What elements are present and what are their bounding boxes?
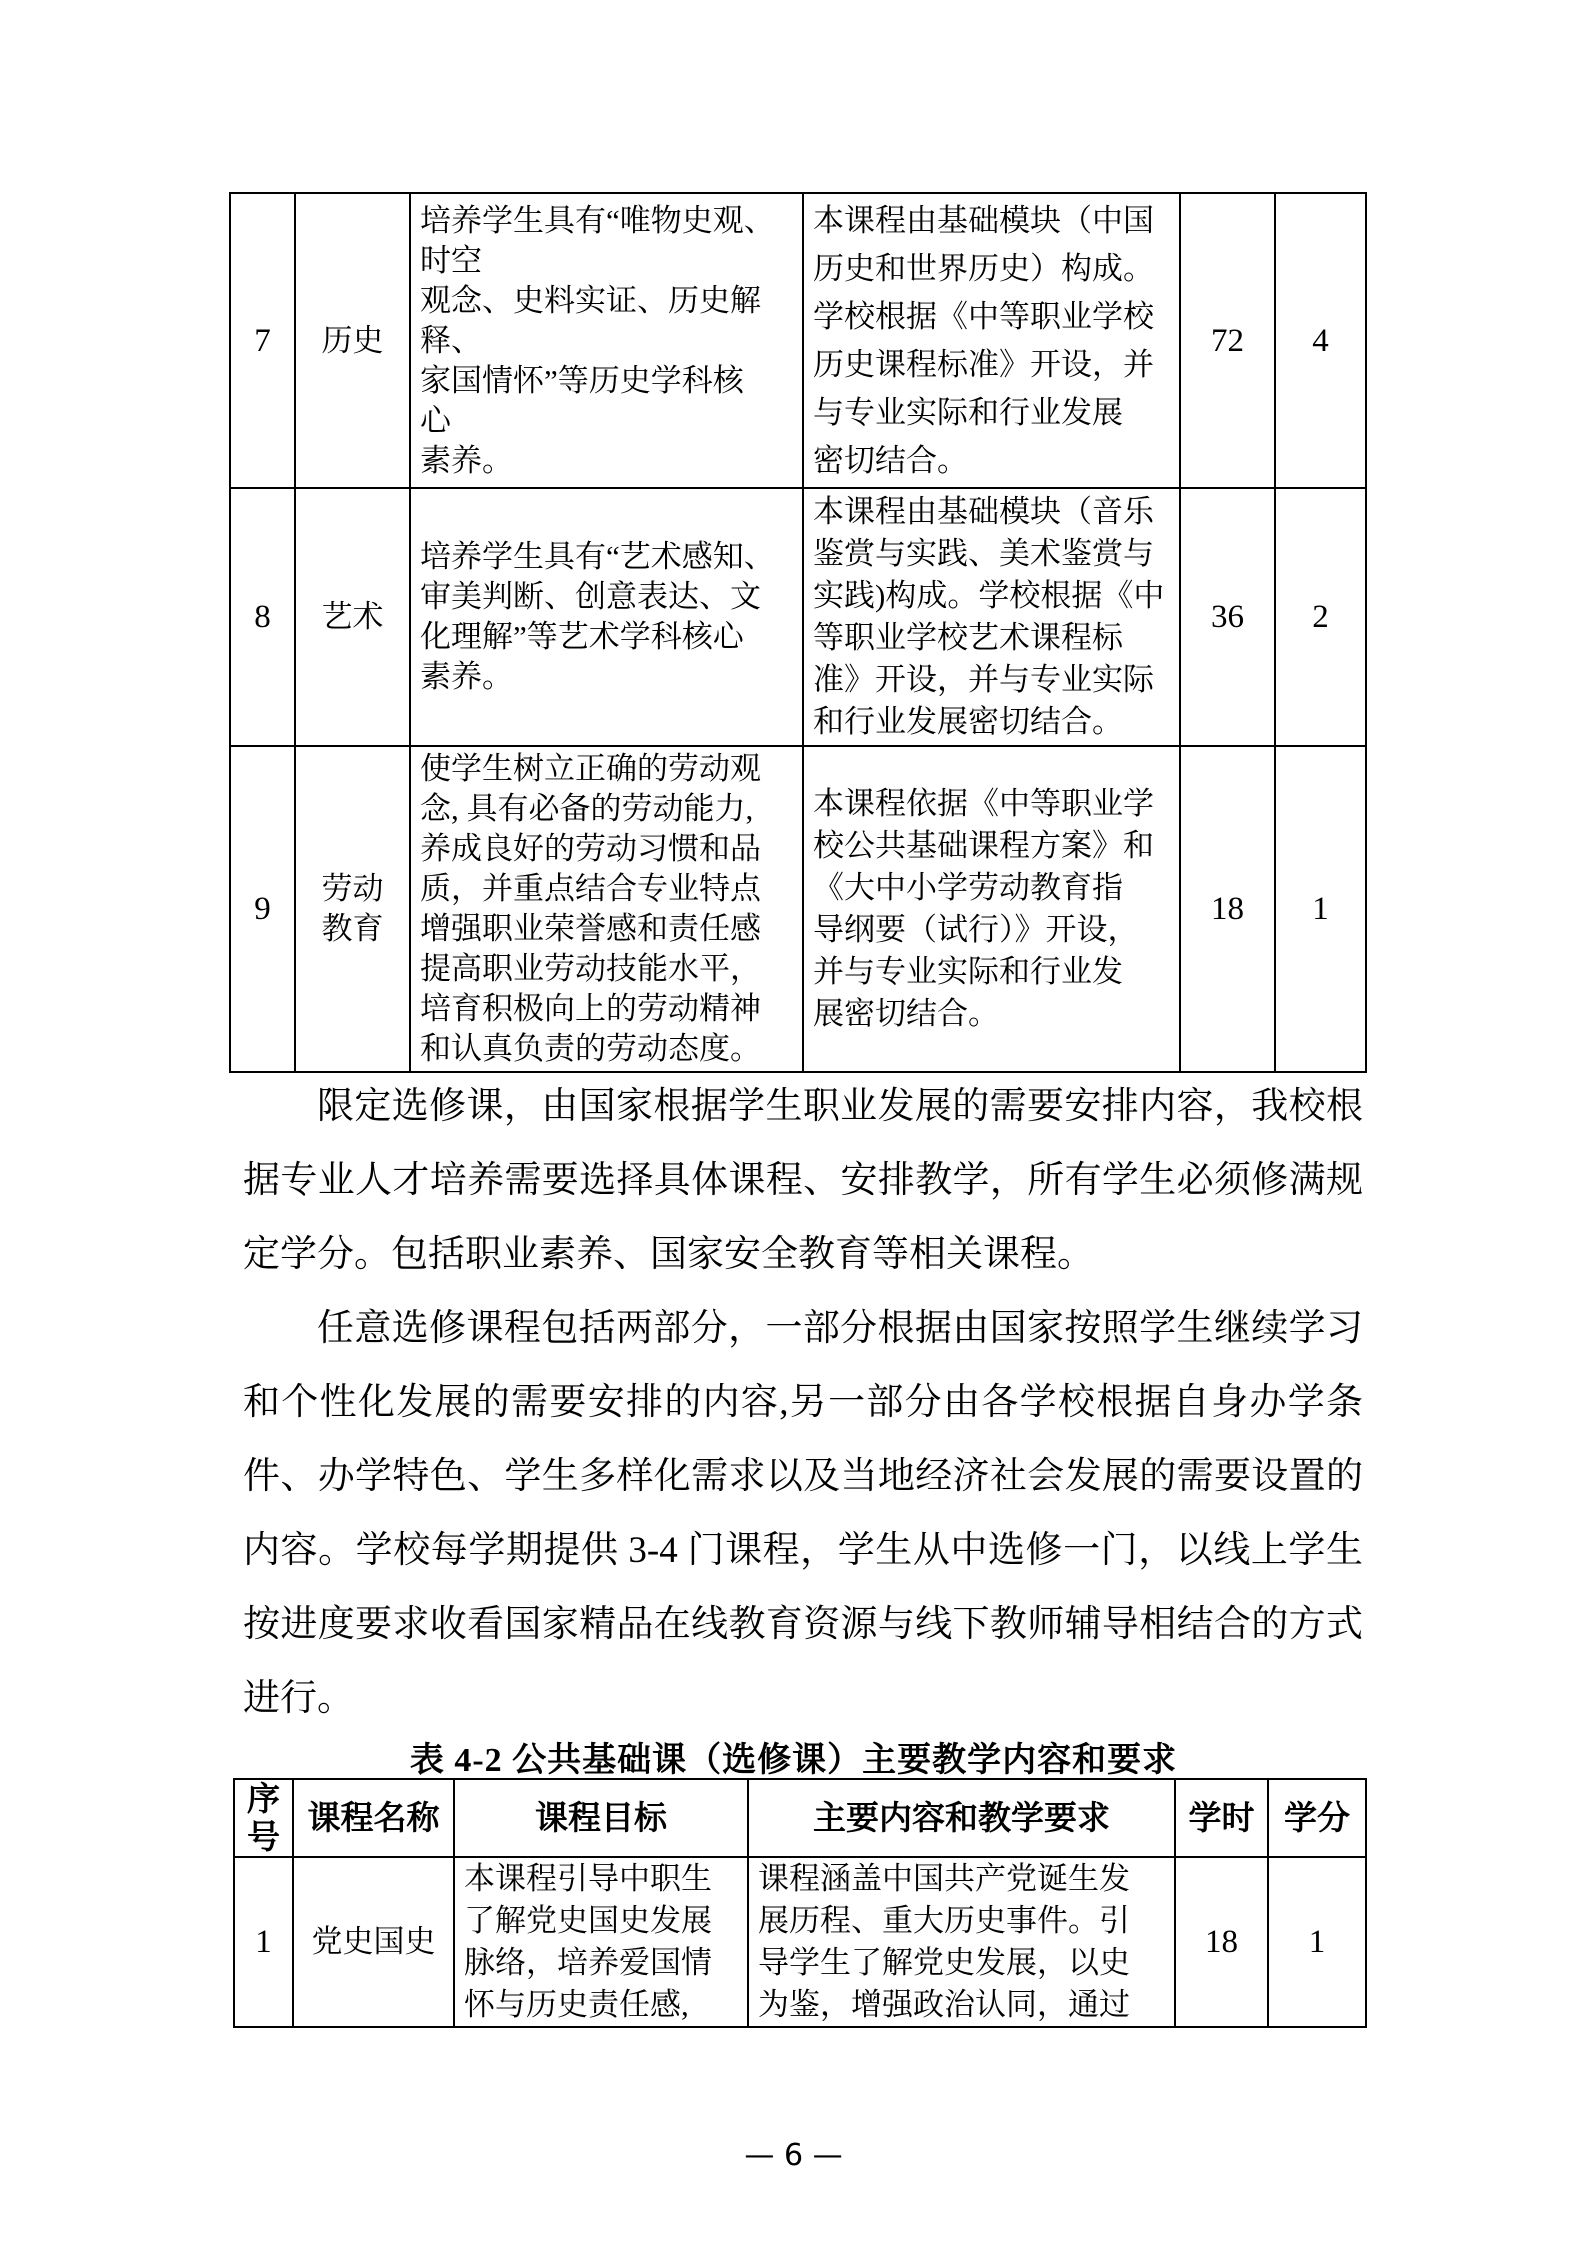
table-row-party-history: 1 党史国史 本课程引导中职生 了解党史国史发展 脉络，培养爱国情 怀与历史责任… <box>234 1857 1366 2027</box>
cell-course-name: 历史 <box>295 193 410 488</box>
cell-course-content: 课程涵盖中国共产党诞生发 展历程、重大历史事件。引 导学生了解党史发展，以史 为… <box>748 1857 1175 2027</box>
table-caption: 表 4-2 公共基础课（选修课）主要教学内容和要求 <box>0 1732 1587 1781</box>
table-row-labor-education: 9 劳动 教育 使学生树立正确的劳动观 念, 具有必备的劳动能力, 养成良好的劳… <box>230 746 1366 1072</box>
cell-serial: 7 <box>230 193 295 488</box>
cell-course-goal: 培养学生具有“艺术感知、 审美判断、创意表达、文 化理解”等艺术学科核心 素养。 <box>410 488 803 746</box>
cell-hours: 18 <box>1175 1857 1268 2027</box>
table-header-row: 序 号 课程名称 课程目标 主要内容和教学要求 学时 学分 <box>234 1779 1366 1857</box>
public-basic-course-table-continued: 7 历史 培养学生具有“唯物史观、 时空 观念、史料实证、历史解 释、 家国情怀… <box>229 192 1367 1073</box>
cell-hours: 72 <box>1180 193 1275 488</box>
table-row-art: 8 艺术 培养学生具有“艺术感知、 审美判断、创意表达、文 化理解”等艺术学科核… <box>230 488 1366 746</box>
cell-credits: 4 <box>1275 193 1366 488</box>
cell-course-name: 艺术 <box>295 488 410 746</box>
cell-credits: 1 <box>1275 746 1366 1072</box>
header-course-name: 课程名称 <box>293 1779 454 1857</box>
cell-course-content: 本课程由基础模块（音乐 鉴赏与实践、美术鉴赏与 实践)构成。学校根据《中 等职业… <box>803 488 1180 746</box>
cell-course-goal: 培养学生具有“唯物史观、 时空 观念、史料实证、历史解 释、 家国情怀”等历史学… <box>410 193 803 488</box>
page-number: — 6 — <box>0 2138 1587 2173</box>
header-serial: 序 号 <box>234 1779 293 1857</box>
cell-course-goal: 本课程引导中职生 了解党史国史发展 脉络，培养爱国情 怀与历史责任感, <box>454 1857 748 2027</box>
cell-hours: 18 <box>1180 746 1275 1072</box>
cell-course-name: 党史国史 <box>293 1857 454 2027</box>
cell-course-name: 劳动 教育 <box>295 746 410 1072</box>
elective-course-table: 序 号 课程名称 课程目标 主要内容和教学要求 学时 学分 1 党史国史 本课程… <box>233 1778 1367 2028</box>
document-page: 7 历史 培养学生具有“唯物史观、 时空 观念、史料实证、历史解 释、 家国情怀… <box>0 0 1587 2245</box>
cell-course-content: 本课程由基础模块（中国 历史和世界历史）构成。 学校根据《中等职业学校 历史课程… <box>803 193 1180 488</box>
cell-serial: 1 <box>234 1857 293 2027</box>
cell-course-content: 本课程依据《中等职业学 校公共基础课程方案》和 《大中小学劳动教育指 导纲要（试… <box>803 746 1180 1072</box>
header-course-goal: 课程目标 <box>454 1779 748 1857</box>
header-hours: 学时 <box>1175 1779 1268 1857</box>
body-paragraph-2: 任意选修课程包括两部分，一部分根据由国家按照学生继续学习和个性化发展的需要安排的… <box>243 1292 1363 1736</box>
header-credits: 学分 <box>1268 1779 1366 1857</box>
header-content: 主要内容和教学要求 <box>748 1779 1175 1857</box>
table-row-history: 7 历史 培养学生具有“唯物史观、 时空 观念、史料实证、历史解 释、 家国情怀… <box>230 193 1366 488</box>
cell-course-goal: 使学生树立正确的劳动观 念, 具有必备的劳动能力, 养成良好的劳动习惯和品 质，… <box>410 746 803 1072</box>
cell-credits: 2 <box>1275 488 1366 746</box>
body-text: 限定选修课，由国家根据学生职业发展的需要安排内容，我校根据专业人才培养需要选择具… <box>243 1070 1363 1736</box>
cell-serial: 8 <box>230 488 295 746</box>
body-paragraph-1: 限定选修课，由国家根据学生职业发展的需要安排内容，我校根据专业人才培养需要选择具… <box>243 1070 1363 1292</box>
cell-serial: 9 <box>230 746 295 1072</box>
cell-hours: 36 <box>1180 488 1275 746</box>
cell-credits: 1 <box>1268 1857 1366 2027</box>
